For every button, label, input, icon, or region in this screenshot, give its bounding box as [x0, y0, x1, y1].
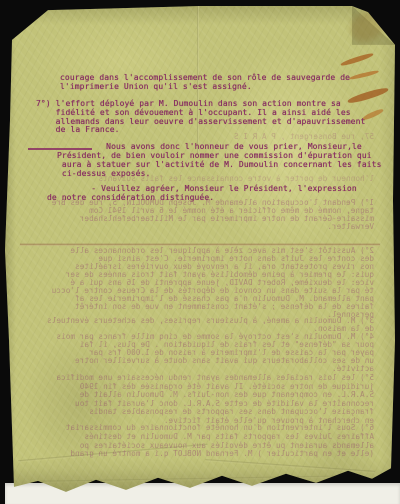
bleedthrough-block: 5°) les lois raciales allemandes ayant r…	[30, 374, 374, 426]
bleedthrough-block: 4°) M. Dumoulin s'est octroyé la somme d…	[30, 333, 374, 373]
scanned-document: 57, rue Bonsergent , P A R I S l'honneur…	[0, 0, 400, 504]
bleedthrough-block: 1°) Pendant l'occupation allemande M. Jo…	[30, 199, 374, 231]
typed-paragraph-point7: 7°) l'effort déployé par M. Dumoulin dan…	[36, 100, 365, 135]
paper-sheet: 57, rue Bonsergent , P A R I S l'honneur…	[0, 0, 400, 504]
bleedthrough-block: 3°) M. Dumoulin a amené, à plusieurs rep…	[30, 317, 374, 333]
bleedthrough-block: 2°) Aussitôt s'est mis avec zèle à appli…	[30, 247, 374, 319]
typed-paragraph-request: Nous avons donc l'honneur de vous prier,…	[57, 142, 381, 178]
bleedthrough-block: 6°) Sous l'intervention d'un honnête fon…	[30, 424, 374, 459]
typed-paragraph-closing: - Veuillez agréer, Monsieur le Président…	[47, 184, 357, 202]
typed-paragraph-intro: courage dans l'accomplissement de son rô…	[60, 74, 350, 92]
